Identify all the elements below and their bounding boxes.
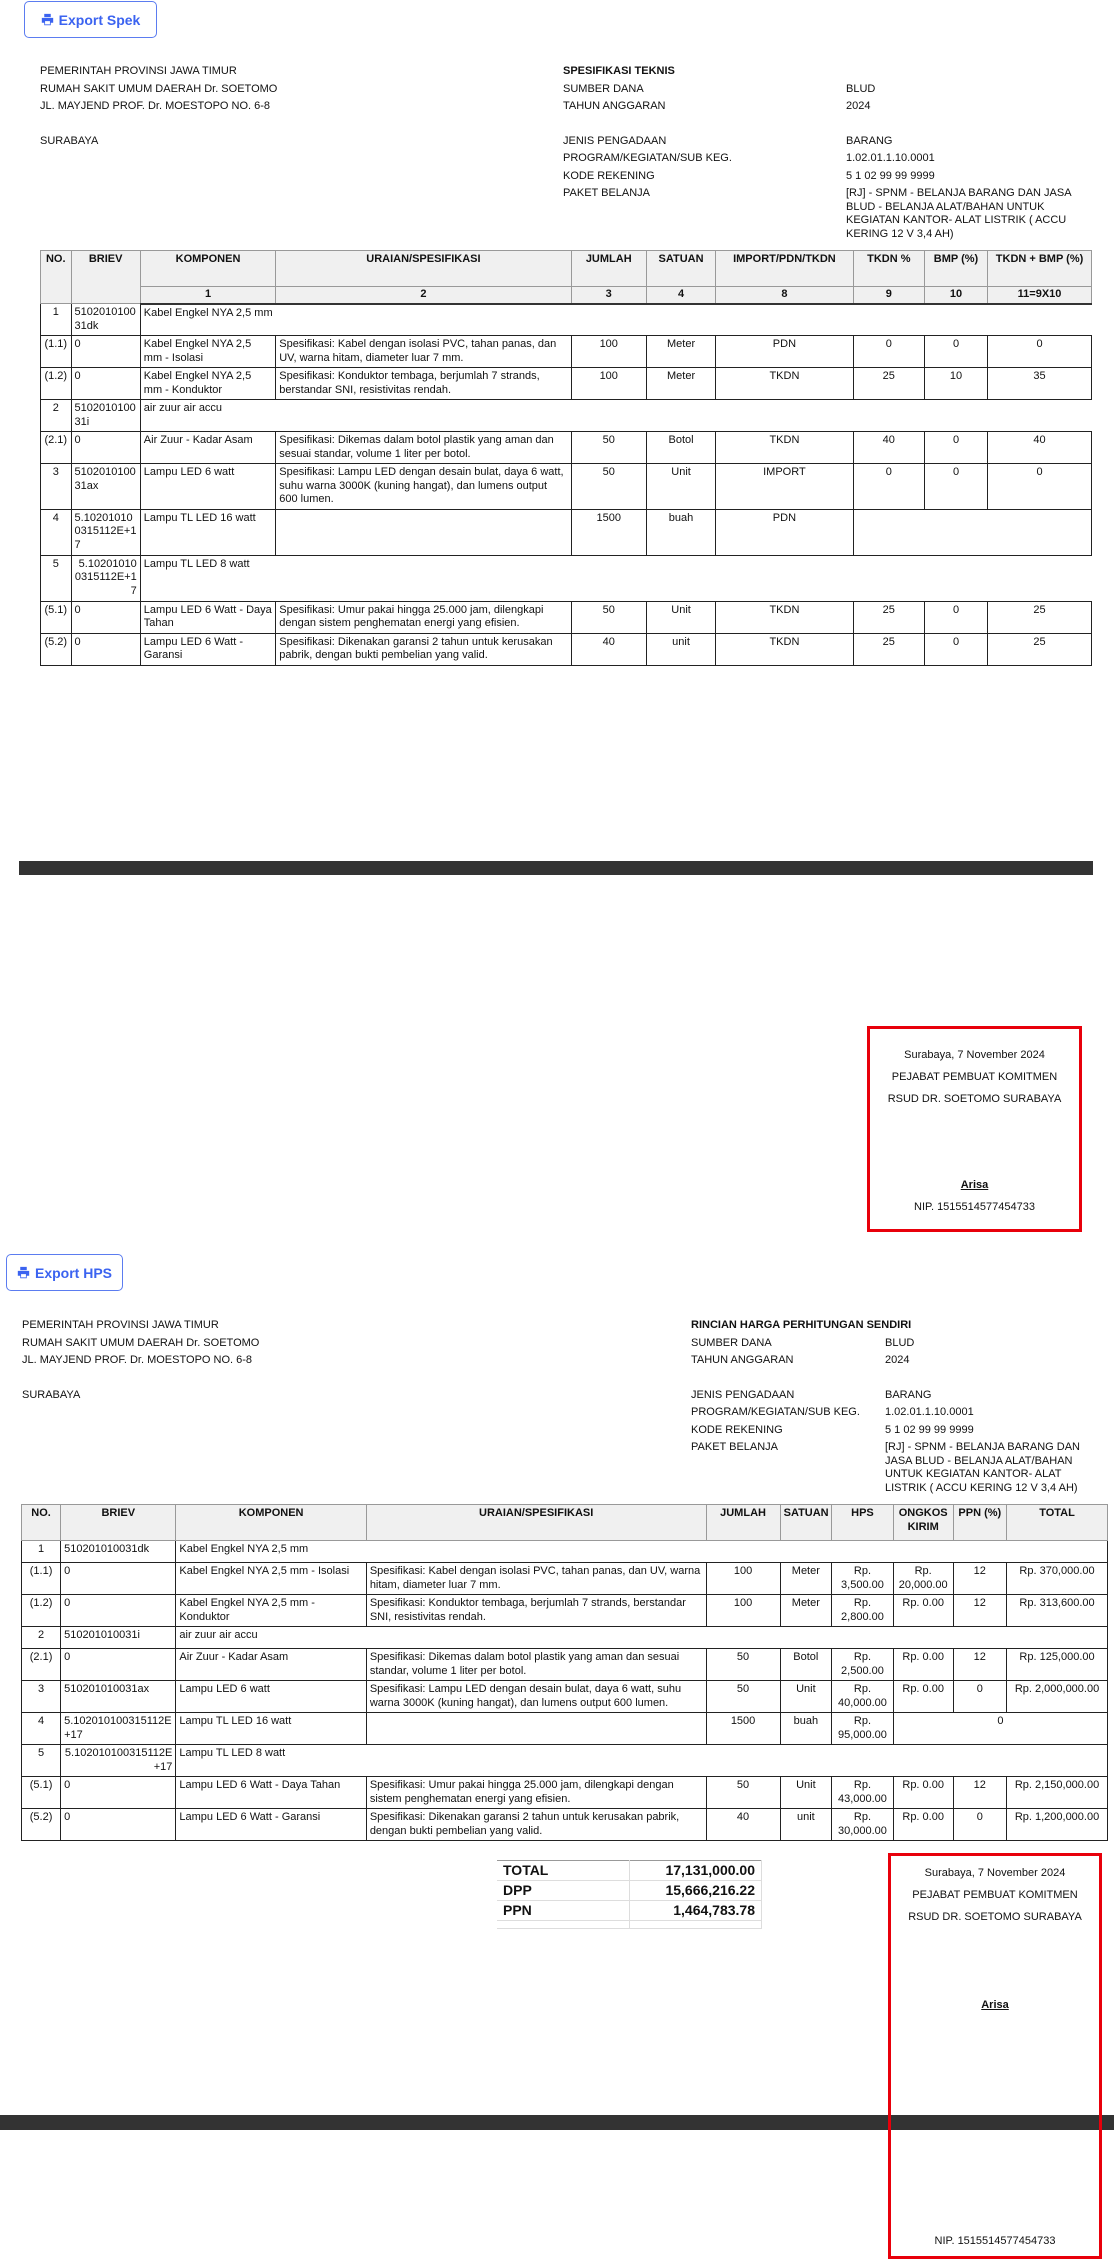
row-no: 3: [22, 1681, 61, 1713]
row-ppn: 12: [953, 1777, 1007, 1809]
doc-title: SPESIFIKASI TEKNIS: [563, 63, 1103, 81]
row-jumlah: 100: [571, 336, 646, 368]
meta-label: TAHUN ANGGARAN: [691, 1352, 885, 1370]
signature-institution: RSUD DR. SOETOMO SURABAYA: [870, 1088, 1079, 1110]
row-asal: TKDN: [716, 368, 853, 400]
row-satuan: Unit: [780, 1777, 831, 1809]
row-komponen: Lampu LED 6 Watt - Daya Tahan: [176, 1777, 366, 1809]
hps-meta: RINCIAN HARGA PERHITUNGAN SENDIRI SUMBER…: [691, 1317, 1111, 1495]
row-total: Rp. 2,000,000.00: [1007, 1681, 1108, 1713]
row-bmp: 0: [924, 432, 987, 464]
row-jumlah: 50: [571, 432, 646, 464]
table-row: (5.1)0Lampu LED 6 Watt - Daya TahanSpesi…: [22, 1777, 1108, 1809]
row-ppn: 0: [953, 1681, 1007, 1713]
row-no: 1: [41, 304, 72, 336]
row-no: (1.2): [41, 368, 72, 400]
row-komponen: Lampu TL LED 16 watt: [176, 1713, 366, 1745]
column-header: JUMLAH: [571, 251, 646, 287]
meta-value: BLUD: [846, 81, 875, 99]
table-row: 3510201010031axLampu LED 6 wattSpesifika…: [41, 464, 1092, 510]
row-jumlah: 100: [706, 1595, 780, 1627]
meta-label: PROGRAM/KEGIATAN/SUB KEG.: [691, 1404, 885, 1422]
signature-nip: NIP. 1515514577454733: [870, 1196, 1079, 1218]
row-tkdn: 25: [853, 368, 924, 400]
table-row: (2.1)0Air Zuur - Kadar AsamSpesifikasi: …: [41, 432, 1092, 464]
row-uraian: Spesifikasi: Umur pakai hingga 25.000 ja…: [366, 1777, 706, 1809]
group-row: 55.102010100315112E+17Lampu TL LED 8 wat…: [22, 1745, 1108, 1777]
column-header: ONGKOS KIRIM: [893, 1505, 953, 1541]
table-row: 45.102010100315112E+17Lampu TL LED 16 wa…: [22, 1713, 1108, 1745]
summary-value: 17,131,000.00: [629, 1861, 761, 1881]
row-hps: Rp. 3,500.00: [832, 1563, 894, 1595]
column-header: KOMPONEN: [176, 1505, 366, 1541]
column-header: TKDN + BMP (%): [988, 251, 1092, 287]
row-total: Rp. 370,000.00: [1007, 1563, 1108, 1595]
row-jumlah: 50: [571, 601, 646, 633]
row-briev: 5.102010100315112E+17: [61, 1713, 176, 1745]
summary-spacer: [497, 1921, 762, 1929]
row-satuan: Meter: [780, 1563, 831, 1595]
row-no: 1: [22, 1541, 61, 1563]
row-tkdn-bmp: 25: [988, 633, 1092, 665]
row-briev: 0: [71, 336, 140, 368]
row-briev: 0: [71, 368, 140, 400]
meta-value: BLUD: [885, 1335, 914, 1353]
row-satuan: unit: [780, 1809, 831, 1841]
row-ongkos-kirim: Rp. 0.00: [893, 1649, 953, 1681]
row-no: 5: [22, 1745, 61, 1777]
row-total: Rp. 1,200,000.00: [1007, 1809, 1108, 1841]
row-komponen: Kabel Engkel NYA 2,5 mm - Konduktor: [140, 368, 275, 400]
org-line: JL. MAYJEND PROF. Dr. MOESTOPO NO. 6-8: [40, 98, 277, 116]
table-row: (1.1)0Kabel Engkel NYA 2,5 mm - IsolasiS…: [41, 336, 1092, 368]
column-number: 3: [571, 287, 646, 304]
row-uraian: Spesifikasi: Dikemas dalam botol plastik…: [276, 432, 571, 464]
column-number: 10: [924, 287, 987, 304]
row-uraian: Spesifikasi: Lampu LED dengan desain bul…: [366, 1681, 706, 1713]
row-briev: 510201010031i: [71, 400, 140, 432]
column-header: TOTAL: [1007, 1505, 1108, 1541]
row-hps: Rp. 30,000.00: [832, 1809, 894, 1841]
row-briev: 0: [61, 1563, 176, 1595]
row-asal: TKDN: [716, 601, 853, 633]
org-line: RUMAH SAKIT UMUM DAERAH Dr. SOETOMO: [22, 1335, 259, 1353]
row-empty: [853, 509, 1091, 555]
row-briev: 0: [61, 1649, 176, 1681]
row-satuan: buah: [780, 1713, 831, 1745]
summary-value: 15,666,216.22: [629, 1881, 761, 1901]
column-header: SATUAN: [646, 251, 715, 287]
org-line: PEMERINTAH PROVINSI JAWA TIMUR: [40, 63, 277, 81]
row-total: Rp. 313,600.00: [1007, 1595, 1108, 1627]
row-uraian: Spesifikasi: Dikenakan garansi 2 tahun u…: [276, 633, 571, 665]
row-no: (2.1): [22, 1649, 61, 1681]
row-briev: 510201010031i: [61, 1627, 176, 1649]
row-tkdn-bmp: 0: [988, 336, 1092, 368]
meta-value: 1.02.01.1.10.0001: [846, 150, 935, 168]
summary-row: DPP15,666,216.22: [497, 1881, 762, 1901]
row-tkdn-bmp: 40: [988, 432, 1092, 464]
table-row: 45.102010100315112E+17Lampu TL LED 16 wa…: [41, 509, 1092, 555]
row-uraian: Spesifikasi: Konduktor tembaga, berjumla…: [366, 1595, 706, 1627]
row-uraian: Spesifikasi: Kabel dengan isolasi PVC, t…: [366, 1563, 706, 1595]
row-komponen: Kabel Engkel NYA 2,5 mm: [176, 1541, 1108, 1563]
org-line: JL. MAYJEND PROF. Dr. MOESTOPO NO. 6-8: [22, 1352, 259, 1370]
table-row: (2.1)0Air Zuur - Kadar AsamSpesifikasi: …: [22, 1649, 1108, 1681]
summary-empty: [497, 1921, 629, 1929]
table-row: (5.1)0Lampu LED 6 Watt - Daya TahanSpesi…: [41, 601, 1092, 633]
row-komponen: Kabel Engkel NYA 2,5 mm - Isolasi: [176, 1563, 366, 1595]
row-tkdn: 40: [853, 432, 924, 464]
row-tkdn: 25: [853, 633, 924, 665]
row-briev: 510201010031ax: [71, 464, 140, 510]
row-jumlah: 50: [706, 1777, 780, 1809]
column-number: 2: [276, 287, 571, 304]
row-tkdn-bmp: 25: [988, 601, 1092, 633]
meta-label: TAHUN ANGGARAN: [563, 98, 846, 116]
row-hps: Rp. 2,800.00: [832, 1595, 894, 1627]
column-header: NO.: [41, 251, 72, 304]
row-no: 3: [41, 464, 72, 510]
row-asal: PDN: [716, 509, 853, 555]
row-ongkos-kirim: Rp. 0.00: [893, 1595, 953, 1627]
table-row: 3510201010031axLampu LED 6 wattSpesifika…: [22, 1681, 1108, 1713]
row-komponen: Kabel Engkel NYA 2,5 mm - Konduktor: [176, 1595, 366, 1627]
export-spek-label: Export Spek: [59, 12, 141, 28]
table-row: (1.2)0Kabel Engkel NYA 2,5 mm - Kondukto…: [41, 368, 1092, 400]
column-header: KOMPONEN: [140, 251, 275, 287]
column-number: 1: [140, 287, 275, 304]
row-bmp: 0: [924, 633, 987, 665]
group-row: 55.102010100315112E+17Lampu TL LED 8 wat…: [41, 555, 1092, 601]
row-ongkos-kirim: Rp. 20,000.00: [893, 1563, 953, 1595]
hps-summary-table: TOTAL17,131,000.00DPP15,666,216.22PPN1,4…: [497, 1860, 762, 1929]
row-briev: 0: [71, 432, 140, 464]
table-row: (1.1)0Kabel Engkel NYA 2,5 mm - IsolasiS…: [22, 1563, 1108, 1595]
row-satuan: Botol: [646, 432, 715, 464]
doc-title: RINCIAN HARGA PERHITUNGAN SENDIRI: [691, 1317, 1111, 1335]
meta-value: [RJ] - SPNM - BELANJA BARANG DAN JASA BL…: [885, 1439, 1097, 1495]
org-line: SURABAYA: [22, 1387, 259, 1405]
row-bmp: 0: [924, 464, 987, 510]
org-line: RUMAH SAKIT UMUM DAERAH Dr. SOETOMO: [40, 81, 277, 99]
row-briev: 0: [61, 1809, 176, 1841]
row-satuan: Unit: [646, 464, 715, 510]
row-tkdn-bmp: 0: [988, 464, 1092, 510]
summary-label: DPP: [497, 1881, 629, 1901]
row-satuan: unit: [646, 633, 715, 665]
row-jumlah: 100: [706, 1563, 780, 1595]
summary-label: TOTAL: [497, 1861, 629, 1881]
row-ongkos-kirim: Rp. 0.00: [893, 1681, 953, 1713]
meta-value: BARANG: [846, 133, 892, 151]
row-jumlah: 1500: [571, 509, 646, 555]
hps-signature-box: Surabaya, 7 November 2024 PEJABAT PEMBUA…: [888, 1853, 1102, 2259]
meta-label: PAKET BELANJA: [691, 1439, 885, 1495]
row-satuan: buah: [646, 509, 715, 555]
column-header: BMP (%): [924, 251, 987, 287]
hps-org-header: PEMERINTAH PROVINSI JAWA TIMUR RUMAH SAK…: [22, 1317, 259, 1404]
column-number: 9: [853, 287, 924, 304]
row-total: Rp. 125,000.00: [1007, 1649, 1108, 1681]
row-komponen: Lampu LED 6 watt: [140, 464, 275, 510]
column-number: 4: [646, 287, 715, 304]
row-satuan: Unit: [780, 1681, 831, 1713]
row-no: (5.1): [22, 1777, 61, 1809]
row-uraian: Spesifikasi: Dikenakan garansi 2 tahun u…: [366, 1809, 706, 1841]
row-merged-total: 0: [893, 1713, 1107, 1745]
row-satuan: Unit: [646, 601, 715, 633]
column-header: PPN (%): [953, 1505, 1007, 1541]
column-header: JUMLAH: [706, 1505, 780, 1541]
row-briev: 5.102010100315112E+17: [61, 1745, 176, 1777]
column-number: 8: [716, 287, 853, 304]
row-uraian: Spesifikasi: Konduktor tembaga, berjumla…: [276, 368, 571, 400]
meta-label: KODE REKENING: [563, 168, 846, 186]
row-briev: 0: [61, 1595, 176, 1627]
column-header: TKDN %: [853, 251, 924, 287]
row-uraian: [276, 509, 571, 555]
row-hps: Rp. 2,500.00: [832, 1649, 894, 1681]
row-komponen: Lampu TL LED 16 watt: [140, 509, 275, 555]
row-komponen: Lampu TL LED 8 watt: [176, 1745, 1108, 1777]
signature-place-date: Surabaya, 7 November 2024: [870, 1044, 1079, 1066]
row-ppn: 0: [953, 1809, 1007, 1841]
row-briev: 0: [61, 1777, 176, 1809]
group-row: 2510201010031iair zuur air accu: [22, 1627, 1108, 1649]
spek-org-header: PEMERINTAH PROVINSI JAWA TIMUR RUMAH SAK…: [40, 63, 277, 150]
row-komponen: Lampu TL LED 8 watt: [140, 555, 1091, 601]
row-uraian: [366, 1713, 706, 1745]
row-asal: TKDN: [716, 432, 853, 464]
row-uraian: Spesifikasi: Kabel dengan isolasi PVC, t…: [276, 336, 571, 368]
row-komponen: air zuur air accu: [140, 400, 1091, 432]
column-header: URAIAN/SPESIFIKASI: [276, 251, 571, 287]
row-tkdn: 0: [853, 464, 924, 510]
table-row: (1.2)0Kabel Engkel NYA 2,5 mm - Kondukto…: [22, 1595, 1108, 1627]
row-ongkos-kirim: Rp. 0.00: [893, 1777, 953, 1809]
spek-meta: SPESIFIKASI TEKNIS SUMBER DANABLUD TAHUN…: [563, 63, 1103, 241]
hps-table: NO.BRIEVKOMPONENURAIAN/SPESIFIKASIJUMLAH…: [21, 1504, 1108, 1841]
row-no: (5.2): [41, 633, 72, 665]
row-bmp: 0: [924, 336, 987, 368]
row-uraian: Spesifikasi: Lampu LED dengan desain bul…: [276, 464, 571, 510]
printer-icon: [17, 1266, 30, 1279]
row-hps: Rp. 40,000.00: [832, 1681, 894, 1713]
row-ongkos-kirim: Rp. 0.00: [893, 1809, 953, 1841]
meta-value: 2024: [885, 1352, 909, 1370]
meta-label: SUMBER DANA: [563, 81, 846, 99]
row-jumlah: 1500: [706, 1713, 780, 1745]
export-hps-label: Export HPS: [35, 1265, 112, 1281]
row-ppn: 12: [953, 1649, 1007, 1681]
signature-name: Arisa: [891, 1994, 1099, 2016]
meta-label: KODE REKENING: [691, 1422, 885, 1440]
column-header: URAIAN/SPESIFIKASI: [366, 1505, 706, 1541]
group-row: 2510201010031iair zuur air accu: [41, 400, 1092, 432]
row-jumlah: 50: [706, 1681, 780, 1713]
row-no: 2: [41, 400, 72, 432]
column-number: 11=9X10: [988, 287, 1092, 304]
signature-place-date: Surabaya, 7 November 2024: [891, 1862, 1099, 1884]
column-header: HPS: [832, 1505, 894, 1541]
column-header: BRIEV: [61, 1505, 176, 1541]
row-no: (2.1): [41, 432, 72, 464]
meta-label: JENIS PENGADAAN: [563, 133, 846, 151]
row-asal: IMPORT: [716, 464, 853, 510]
row-ppn: 12: [953, 1563, 1007, 1595]
meta-value: 5 1 02 99 99 9999: [846, 168, 935, 186]
row-jumlah: 50: [571, 464, 646, 510]
row-jumlah: 40: [571, 633, 646, 665]
meta-label: PROGRAM/KEGIATAN/SUB KEG.: [563, 150, 846, 168]
signature-nip: NIP. 1515514577454733: [891, 2230, 1099, 2252]
row-komponen: air zuur air accu: [176, 1627, 1108, 1649]
row-komponen: Air Zuur - Kadar Asam: [140, 432, 275, 464]
row-briev: 510201010031dk: [71, 304, 140, 336]
row-no: (1.2): [22, 1595, 61, 1627]
row-tkdn-bmp: 35: [988, 368, 1092, 400]
row-komponen: Kabel Engkel NYA 2,5 mm - Isolasi: [140, 336, 275, 368]
summary-row: PPN1,464,783.78: [497, 1901, 762, 1921]
org-line: PEMERINTAH PROVINSI JAWA TIMUR: [22, 1317, 259, 1335]
row-briev: 5.102010100315112E+17: [71, 509, 140, 555]
column-header: NO.: [22, 1505, 61, 1541]
meta-value: [RJ] - SPNM - BELANJA BARANG DAN JASA BL…: [846, 185, 1091, 241]
row-hps: Rp. 95,000.00: [832, 1713, 894, 1745]
row-bmp: 0: [924, 601, 987, 633]
row-briev: 0: [71, 601, 140, 633]
org-line: SURABAYA: [40, 133, 277, 151]
row-komponen: Lampu LED 6 watt: [176, 1681, 366, 1713]
spek-table: NO.BRIEVKOMPONENURAIAN/SPESIFIKASIJUMLAH…: [40, 250, 1092, 666]
group-row: 1510201010031dkKabel Engkel NYA 2,5 mm: [41, 304, 1092, 336]
row-no: 2: [22, 1627, 61, 1649]
row-komponen: Lampu LED 6 Watt - Daya Tahan: [140, 601, 275, 633]
page-break-bar: [19, 861, 1093, 875]
row-jumlah: 100: [571, 368, 646, 400]
column-header: BRIEV: [71, 251, 140, 304]
row-satuan: Meter: [646, 336, 715, 368]
row-asal: TKDN: [716, 633, 853, 665]
row-asal: PDN: [716, 336, 853, 368]
meta-label: JENIS PENGADAAN: [691, 1387, 885, 1405]
signature-name: Arisa: [870, 1174, 1079, 1196]
row-briev: 5.102010100315112E+17: [71, 555, 140, 601]
row-komponen: Lampu LED 6 Watt - Garansi: [140, 633, 275, 665]
row-briev: 0: [71, 633, 140, 665]
spek-signature-box: Surabaya, 7 November 2024 PEJABAT PEMBUA…: [867, 1026, 1082, 1232]
summary-row: TOTAL17,131,000.00: [497, 1861, 762, 1881]
signature-position: PEJABAT PEMBUAT KOMITMEN: [870, 1066, 1079, 1088]
signature-institution: RSUD DR. SOETOMO SURABAYA: [891, 1906, 1099, 1928]
summary-label: PPN: [497, 1901, 629, 1921]
row-satuan: Botol: [780, 1649, 831, 1681]
meta-value: 5 1 02 99 99 9999: [885, 1422, 974, 1440]
column-header: SATUAN: [780, 1505, 831, 1541]
signature-position: PEJABAT PEMBUAT KOMITMEN: [891, 1884, 1099, 1906]
row-uraian: Spesifikasi: Umur pakai hingga 25.000 ja…: [276, 601, 571, 633]
meta-value: BARANG: [885, 1387, 931, 1405]
row-tkdn: 0: [853, 336, 924, 368]
row-no: (5.1): [41, 601, 72, 633]
row-jumlah: 40: [706, 1809, 780, 1841]
meta-value: 1.02.01.1.10.0001: [885, 1404, 974, 1422]
meta-label: PAKET BELANJA: [563, 185, 846, 241]
row-komponen: Air Zuur - Kadar Asam: [176, 1649, 366, 1681]
summary-value: 1,464,783.78: [629, 1901, 761, 1921]
row-satuan: Meter: [780, 1595, 831, 1627]
export-hps-button[interactable]: Export HPS: [6, 1254, 123, 1291]
export-spek-button[interactable]: Export Spek: [24, 1, 157, 38]
row-no: 5: [41, 555, 72, 601]
row-no: (5.2): [22, 1809, 61, 1841]
row-hps: Rp. 43,000.00: [832, 1777, 894, 1809]
row-total: Rp. 2,150,000.00: [1007, 1777, 1108, 1809]
row-ppn: 12: [953, 1595, 1007, 1627]
row-komponen: Lampu LED 6 Watt - Garansi: [176, 1809, 366, 1841]
row-briev: 510201010031dk: [61, 1541, 176, 1563]
printer-icon: [41, 13, 54, 26]
meta-label: SUMBER DANA: [691, 1335, 885, 1353]
row-bmp: 10: [924, 368, 987, 400]
summary-empty: [629, 1921, 761, 1929]
meta-value: 2024: [846, 98, 870, 116]
table-row: (5.2)0Lampu LED 6 Watt - GaransiSpesifik…: [41, 633, 1092, 665]
row-no: (1.1): [22, 1563, 61, 1595]
row-komponen: Kabel Engkel NYA 2,5 mm: [140, 304, 1091, 336]
row-jumlah: 50: [706, 1649, 780, 1681]
row-no: 4: [22, 1713, 61, 1745]
row-satuan: Meter: [646, 368, 715, 400]
row-no: (1.1): [41, 336, 72, 368]
row-no: 4: [41, 509, 72, 555]
column-header: IMPORT/PDN/TKDN: [716, 251, 853, 287]
table-row: (5.2)0Lampu LED 6 Watt - GaransiSpesifik…: [22, 1809, 1108, 1841]
row-uraian: Spesifikasi: Dikemas dalam botol plastik…: [366, 1649, 706, 1681]
group-row: 1510201010031dkKabel Engkel NYA 2,5 mm: [22, 1541, 1108, 1563]
row-tkdn: 25: [853, 601, 924, 633]
row-briev: 510201010031ax: [61, 1681, 176, 1713]
